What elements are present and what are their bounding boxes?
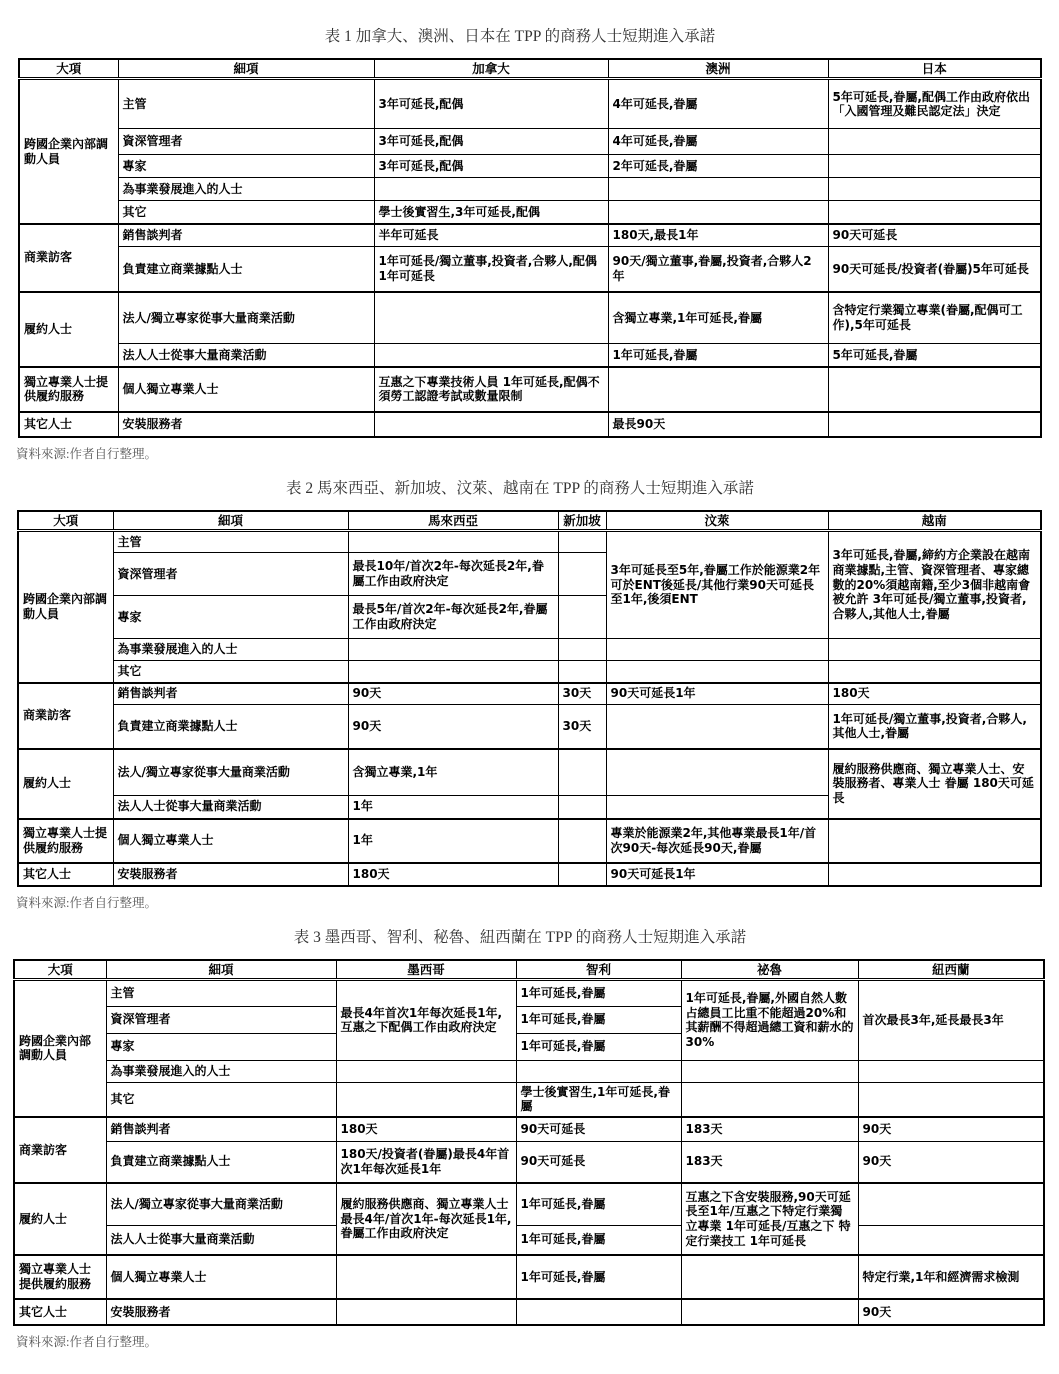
table-cell: 專家 (118, 155, 374, 178)
table-row: 負責建立商業據點人士180天/投資者(眷屬)最長4年首次1年每次延長1年90天可… (14, 1141, 1044, 1183)
category-cell: 跨國企業內部調動人員 (18, 531, 113, 683)
table-cell: 最長90天 (608, 412, 828, 437)
table-cell: 資深管理者 (113, 553, 348, 596)
table-row: 為事業發展進入的人士 (14, 1060, 1044, 1082)
table-cell: 90天 (348, 705, 558, 749)
table3-title: 表 3 墨西哥、智利、秘魯、紐西蘭在 TPP 的商務人士短期進入承諾 (0, 925, 1040, 947)
table-cell: 其它 (118, 201, 374, 224)
table-cell (828, 639, 1041, 661)
column-header: 越南 (828, 511, 1041, 531)
table-row: 其它人士安裝服務者90天 (14, 1299, 1044, 1325)
column-header: 新加坡 (558, 511, 606, 531)
table3-mexico-chile-peru-newzealand: 大項細項墨西哥智利祕魯紐西蘭跨國企業內部調動人員主管最長4年首次1年每次延長1年… (13, 959, 1045, 1327)
table-row: 其它學士後實習生,3年可延長,配偶 (19, 201, 1041, 224)
table-row: 獨立專業人士提供履約服務個人獨立專業人士互惠之下專業技術人員 1年可延長,配偶不… (19, 367, 1041, 412)
column-header: 大項 (18, 511, 113, 531)
table-cell: 1年可延長,眷屬 (516, 1033, 681, 1060)
table-cell (828, 178, 1041, 201)
table-cell: 履約服務供應商、獨立專業人士最長4年/首次1年-每次延長1年,眷屬工作由政府決定 (336, 1183, 516, 1255)
table-cell: 90天可延長/投資者(眷屬)5年可延長 (828, 247, 1041, 292)
table-cell: 4年可延長,眷屬 (608, 79, 828, 129)
table3-source-note: 資料來源:作者自行整理。 (16, 1332, 1059, 1350)
table-cell (606, 705, 828, 749)
table-cell (348, 639, 558, 661)
table-cell: 90天可延長1年 (606, 683, 828, 705)
table-cell: 銷售談判者 (106, 1117, 336, 1141)
table-row: 跨國企業內部調動人員主管3年可延長至5年,眷屬工作於能源業2年可於ENT後延長/… (18, 531, 1041, 553)
table3-section: 表 3 墨西哥、智利、秘魯、紐西蘭在 TPP 的商務人士短期進入承諾 大項細項墨… (0, 925, 1059, 1351)
table-cell (374, 412, 608, 437)
category-cell: 商業訪客 (14, 1117, 106, 1183)
table-cell: 1年可延長,眷屬 (516, 1255, 681, 1299)
table-cell (374, 292, 608, 344)
table-cell: 30天 (558, 705, 606, 749)
table-cell: 學士後實習生,3年可延長,配偶 (374, 201, 608, 224)
table-cell: 主管 (106, 979, 336, 1006)
table-row: 為事業發展進入的人士 (19, 178, 1041, 201)
table-cell: 1年 (348, 796, 558, 819)
table-cell: 1年可延長,眷屬 (516, 1225, 681, 1255)
category-cell: 其它人士 (18, 863, 113, 886)
table-cell: 1年可延長,眷屬 (516, 1183, 681, 1225)
table-cell: 個人獨立專業人士 (106, 1255, 336, 1299)
table-cell: 3年可延長,配偶 (374, 129, 608, 155)
header-row: 大項細項墨西哥智利祕魯紐西蘭 (14, 960, 1044, 980)
table-cell (858, 1183, 1044, 1225)
table-cell: 90天 (858, 1117, 1044, 1141)
table-cell: 安裝服務者 (113, 863, 348, 886)
table-cell: 資深管理者 (118, 129, 374, 155)
table2-malaysia-singapore-brunei-vietnam: 大項細項馬來西亞新加坡汶萊越南跨國企業內部調動人員主管3年可延長至5年,眷屬工作… (17, 510, 1042, 887)
table-cell: 學士後實習生,1年可延長,眷屬 (516, 1082, 681, 1117)
table-cell (681, 1060, 858, 1082)
table-row: 商業訪客銷售談判者180天90天可延長183天90天 (14, 1117, 1044, 1141)
table-cell: 安裝服務者 (106, 1299, 336, 1325)
table-row: 跨國企業內部調動人員主管3年可延長,配偶4年可延長,眷屬5年可延長,眷屬,配偶工… (19, 79, 1041, 129)
table-cell: 負責建立商業據點人士 (118, 247, 374, 292)
table-cell (828, 661, 1041, 683)
table-cell: 主管 (118, 79, 374, 129)
table-cell (558, 661, 606, 683)
table-cell (858, 1082, 1044, 1117)
table-cell: 法人/獨立專家從事大量商業活動 (118, 292, 374, 344)
table-cell: 個人獨立專業人士 (118, 367, 374, 412)
table-cell (558, 819, 606, 863)
table-row: 跨國企業內部調動人員主管最長4年首次1年每次延長1年,互惠之下配偶工作由政府決定… (14, 979, 1044, 1006)
table-cell: 為事業發展進入的人士 (118, 178, 374, 201)
table-row: 獨立專業人士提供履約服務個人獨立專業人士1年專業於能源業2年,其他專業最長1年/… (18, 819, 1041, 863)
table-cell: 專業於能源業2年,其他專業最長1年/首次90天-每次延長90天,眷屬 (606, 819, 828, 863)
table-cell: 90天可延長 (828, 224, 1041, 247)
category-cell: 履約人士 (19, 292, 118, 367)
column-header: 墨西哥 (336, 960, 516, 980)
table-cell: 專家 (106, 1033, 336, 1060)
table-cell: 安裝服務者 (118, 412, 374, 437)
table-cell (828, 129, 1041, 155)
category-cell: 跨國企業內部調動人員 (14, 979, 106, 1117)
column-header: 大項 (14, 960, 106, 980)
table-cell: 3年可延長,眷屬,締約方企業設在越南商業據點,主管、資深管理者、專家總數的20%… (828, 531, 1041, 639)
table-cell: 法人/獨立專家從事大量商業活動 (113, 749, 348, 796)
table-cell (828, 201, 1041, 224)
column-header: 加拿大 (374, 59, 608, 79)
table-cell: 3年可延長,配偶 (374, 79, 608, 129)
table-cell (558, 553, 606, 596)
table-cell (828, 367, 1041, 412)
table-cell: 90天/獨立董事,眷屬,投資者,合夥人2年 (608, 247, 828, 292)
table-row: 法人人士從事大量商業活動1年可延長,眷屬5年可延長,眷屬 (19, 344, 1041, 367)
category-cell: 獨立專業人士提供履約服務 (14, 1255, 106, 1299)
table-cell: 1年可延長,眷屬 (516, 979, 681, 1006)
table-cell (828, 863, 1041, 886)
table-row: 其它學士後實習生,1年可延長,眷屬 (14, 1082, 1044, 1117)
table-cell: 1年可延長/獨立董事,投資者,合夥人,其他人士,眷屬 (828, 705, 1041, 749)
table-cell (681, 1082, 858, 1117)
table-cell: 4年可延長,眷屬 (608, 129, 828, 155)
table-cell (828, 155, 1041, 178)
table-cell (336, 1299, 516, 1325)
table-row: 法人人士從事大量商業活動1年可延長,眷屬 (14, 1225, 1044, 1255)
header-row: 大項細項馬來西亞新加坡汶萊越南 (18, 511, 1041, 531)
table-cell (558, 863, 606, 886)
table-cell: 資深管理者 (106, 1006, 336, 1033)
table-cell: 最長4年首次1年每次延長1年,互惠之下配偶工作由政府決定 (336, 979, 516, 1060)
document-page: 表 1 加拿大、澳洲、日本在 TPP 的商務人士短期進入承諾 大項細項加拿大澳洲… (0, 0, 1059, 1374)
table-cell: 法人/獨立專家從事大量商業活動 (106, 1183, 336, 1225)
table-row: 履約人士法人/獨立專家從事大量商業活動含獨立專業,1年履約服務供應商、獨立專業人… (18, 749, 1041, 796)
column-header: 日本 (828, 59, 1041, 79)
category-cell: 商業訪客 (19, 224, 118, 292)
table-cell: 為事業發展進入的人士 (106, 1060, 336, 1082)
table-cell: 銷售談判者 (113, 683, 348, 705)
table-cell: 183天 (681, 1141, 858, 1183)
table-cell: 履約服務供應商、獨立專業人士、安裝服務者、專業人士 眷屬 180天可延長 (828, 749, 1041, 819)
table-cell: 負責建立商業據點人士 (106, 1141, 336, 1183)
table2-source-note: 資料來源:作者自行整理。 (16, 893, 1059, 911)
table-cell (858, 1225, 1044, 1255)
table-cell: 90天可延長1年 (606, 863, 828, 886)
column-header: 馬來西亞 (348, 511, 558, 531)
table-cell (606, 749, 828, 796)
table-cell: 3年可延長至5年,眷屬工作於能源業2年可於ENT後延長/其他行業90天可延長至1… (606, 531, 828, 639)
table-cell: 180天/投資者(眷屬)最長4年首次1年每次延長1年 (336, 1141, 516, 1183)
table-cell: 1年可延長,眷屬 (608, 344, 828, 367)
table-cell: 為事業發展進入的人士 (113, 639, 348, 661)
table-cell: 法人人士從事大量商業活動 (113, 796, 348, 819)
column-header: 祕魯 (681, 960, 858, 980)
table-cell: 法人人士從事大量商業活動 (118, 344, 374, 367)
table-row: 為事業發展進入的人士 (18, 639, 1041, 661)
table-cell: 含獨立專業,1年可延長,眷屬 (608, 292, 828, 344)
table-cell (374, 344, 608, 367)
table-cell (516, 1060, 681, 1082)
table-cell: 180天 (828, 683, 1041, 705)
table-row: 負責建立商業據點人士1年可延長/獨立董事,投資者,合夥人,配偶 1年可延長90天… (19, 247, 1041, 292)
table-row: 其它 (18, 661, 1041, 683)
category-cell: 其它人士 (19, 412, 118, 437)
table-cell: 其它 (113, 661, 348, 683)
column-header: 大項 (19, 59, 118, 79)
table-cell: 183天 (681, 1117, 858, 1141)
table-row: 其它人士安裝服務者最長90天 (19, 412, 1041, 437)
category-cell: 獨立專業人士提供履約服務 (19, 367, 118, 412)
table-cell (516, 1299, 681, 1325)
table-cell (681, 1255, 858, 1299)
table-cell: 其它 (106, 1082, 336, 1117)
column-header: 汶萊 (606, 511, 828, 531)
column-header: 紐西蘭 (858, 960, 1044, 980)
table-row: 商業訪客銷售談判者半年可延長180天,最長1年90天可延長 (19, 224, 1041, 247)
table-cell: 180天 (348, 863, 558, 886)
column-header: 智利 (516, 960, 681, 980)
table-row: 履約人士法人/獨立專家從事大量商業活動含獨立專業,1年可延長,眷屬含特定行業獨立… (19, 292, 1041, 344)
table-cell: 3年可延長,配偶 (374, 155, 608, 178)
table-cell (558, 596, 606, 639)
column-header: 細項 (106, 960, 336, 980)
table-cell (558, 796, 606, 819)
table-cell: 90天 (858, 1141, 1044, 1183)
table-cell: 1年可延長,眷屬,外國自然人數占總員工比重不能超過20%和其薪酬不得超過總工資和… (681, 979, 858, 1060)
column-header: 細項 (118, 59, 374, 79)
table-cell: 銷售談判者 (118, 224, 374, 247)
table-cell (606, 796, 828, 819)
table-cell: 1年 (348, 819, 558, 863)
table-cell: 半年可延長 (374, 224, 608, 247)
table1-canada-australia-japan: 大項細項加拿大澳洲日本跨國企業內部調動人員主管3年可延長,配偶4年可延長,眷屬5… (18, 58, 1042, 438)
table1-source-note: 資料來源:作者自行整理。 (16, 444, 1059, 462)
table-cell: 30天 (558, 683, 606, 705)
table-cell (828, 412, 1041, 437)
category-cell: 其它人士 (14, 1299, 106, 1325)
table-row: 商業訪客銷售談判者90天30天90天可延長1年180天 (18, 683, 1041, 705)
table-cell: 1年可延長,眷屬 (516, 1006, 681, 1033)
table-cell: 5年可延長,眷屬 (828, 344, 1041, 367)
table-cell (336, 1082, 516, 1117)
table-cell: 主管 (113, 531, 348, 553)
table-cell: 90天 (858, 1299, 1044, 1325)
table-cell: 5年可延長,眷屬,配偶工作由政府依出「入國管理及難民認定法」決定 (828, 79, 1041, 129)
table-cell: 首次最長3年,延長最長3年 (858, 979, 1044, 1060)
table-cell: 90天可延長 (516, 1141, 681, 1183)
category-cell: 跨國企業內部調動人員 (19, 79, 118, 224)
table-cell (374, 178, 608, 201)
table-cell (558, 749, 606, 796)
table-cell: 含特定行業獨立專業(眷屬,配偶可工作),5年可延長 (828, 292, 1041, 344)
table-row: 負責建立商業據點人士90天30天1年可延長/獨立董事,投資者,合夥人,其他人士,… (18, 705, 1041, 749)
table1-title: 表 1 加拿大、澳洲、日本在 TPP 的商務人士短期進入承諾 (0, 24, 1040, 46)
table-cell: 含獨立專業,1年 (348, 749, 558, 796)
table-cell (336, 1060, 516, 1082)
table-cell: 特定行業,1年和經濟需求檢測 (858, 1255, 1044, 1299)
table-cell (858, 1060, 1044, 1082)
category-cell: 獨立專業人士提供履約服務 (18, 819, 113, 863)
table-cell (558, 531, 606, 553)
column-header: 澳洲 (608, 59, 828, 79)
table-cell (348, 661, 558, 683)
table-cell: 2年可延長,眷屬 (608, 155, 828, 178)
table1-section: 表 1 加拿大、澳洲、日本在 TPP 的商務人士短期進入承諾 大項細項加拿大澳洲… (0, 24, 1059, 462)
table-cell: 專家 (113, 596, 348, 639)
table-row: 獨立專業人士提供履約服務個人獨立專業人士1年可延長,眷屬特定行業,1年和經濟需求… (14, 1255, 1044, 1299)
table-row: 資深管理者3年可延長,配偶4年可延長,眷屬 (19, 129, 1041, 155)
table-cell: 1年可延長/獨立董事,投資者,合夥人,配偶 1年可延長 (374, 247, 608, 292)
table2-section: 表 2 馬來西亞、新加坡、汶萊、越南在 TPP 的商務人士短期進入承諾 大項細項… (0, 476, 1059, 911)
table-cell: 180天,最長1年 (608, 224, 828, 247)
table-row: 其它人士安裝服務者180天90天可延長1年 (18, 863, 1041, 886)
table-cell: 90天可延長 (516, 1117, 681, 1141)
table-cell: 個人獨立專業人士 (113, 819, 348, 863)
table2-title: 表 2 馬來西亞、新加坡、汶萊、越南在 TPP 的商務人士短期進入承諾 (0, 476, 1040, 498)
table-cell: 90天 (348, 683, 558, 705)
table-cell (606, 639, 828, 661)
table-cell (336, 1255, 516, 1299)
table-row: 履約人士法人/獨立專家從事大量商業活動履約服務供應商、獨立專業人士最長4年/首次… (14, 1183, 1044, 1225)
table-cell (606, 661, 828, 683)
table-cell: 互惠之下專業技術人員 1年可延長,配偶不須勞工認證考試或數量限制 (374, 367, 608, 412)
category-cell: 履約人士 (18, 749, 113, 819)
table-cell: 最長10年/首次2年-每次延長2年,眷屬工作由政府決定 (348, 553, 558, 596)
table-cell (608, 367, 828, 412)
table-cell (608, 178, 828, 201)
table-cell (558, 639, 606, 661)
table-cell: 180天 (336, 1117, 516, 1141)
table-cell (608, 201, 828, 224)
table-cell: 法人人士從事大量商業活動 (106, 1225, 336, 1255)
table-cell: 最長5年/首次2年-每次延長2年,眷屬工作由政府決定 (348, 596, 558, 639)
column-header: 細項 (113, 511, 348, 531)
table-cell (681, 1299, 858, 1325)
table-row: 專家3年可延長,配偶2年可延長,眷屬 (19, 155, 1041, 178)
table-cell (828, 819, 1041, 863)
header-row: 大項細項加拿大澳洲日本 (19, 59, 1041, 79)
table-cell: 負責建立商業據點人士 (113, 705, 348, 749)
category-cell: 商業訪客 (18, 683, 113, 749)
table-cell (348, 531, 558, 553)
table-cell: 互惠之下含安裝服務,90天可延長至1年/互惠之下特定行業獨立專業 1年可延長/互… (681, 1183, 858, 1255)
category-cell: 履約人士 (14, 1183, 106, 1255)
